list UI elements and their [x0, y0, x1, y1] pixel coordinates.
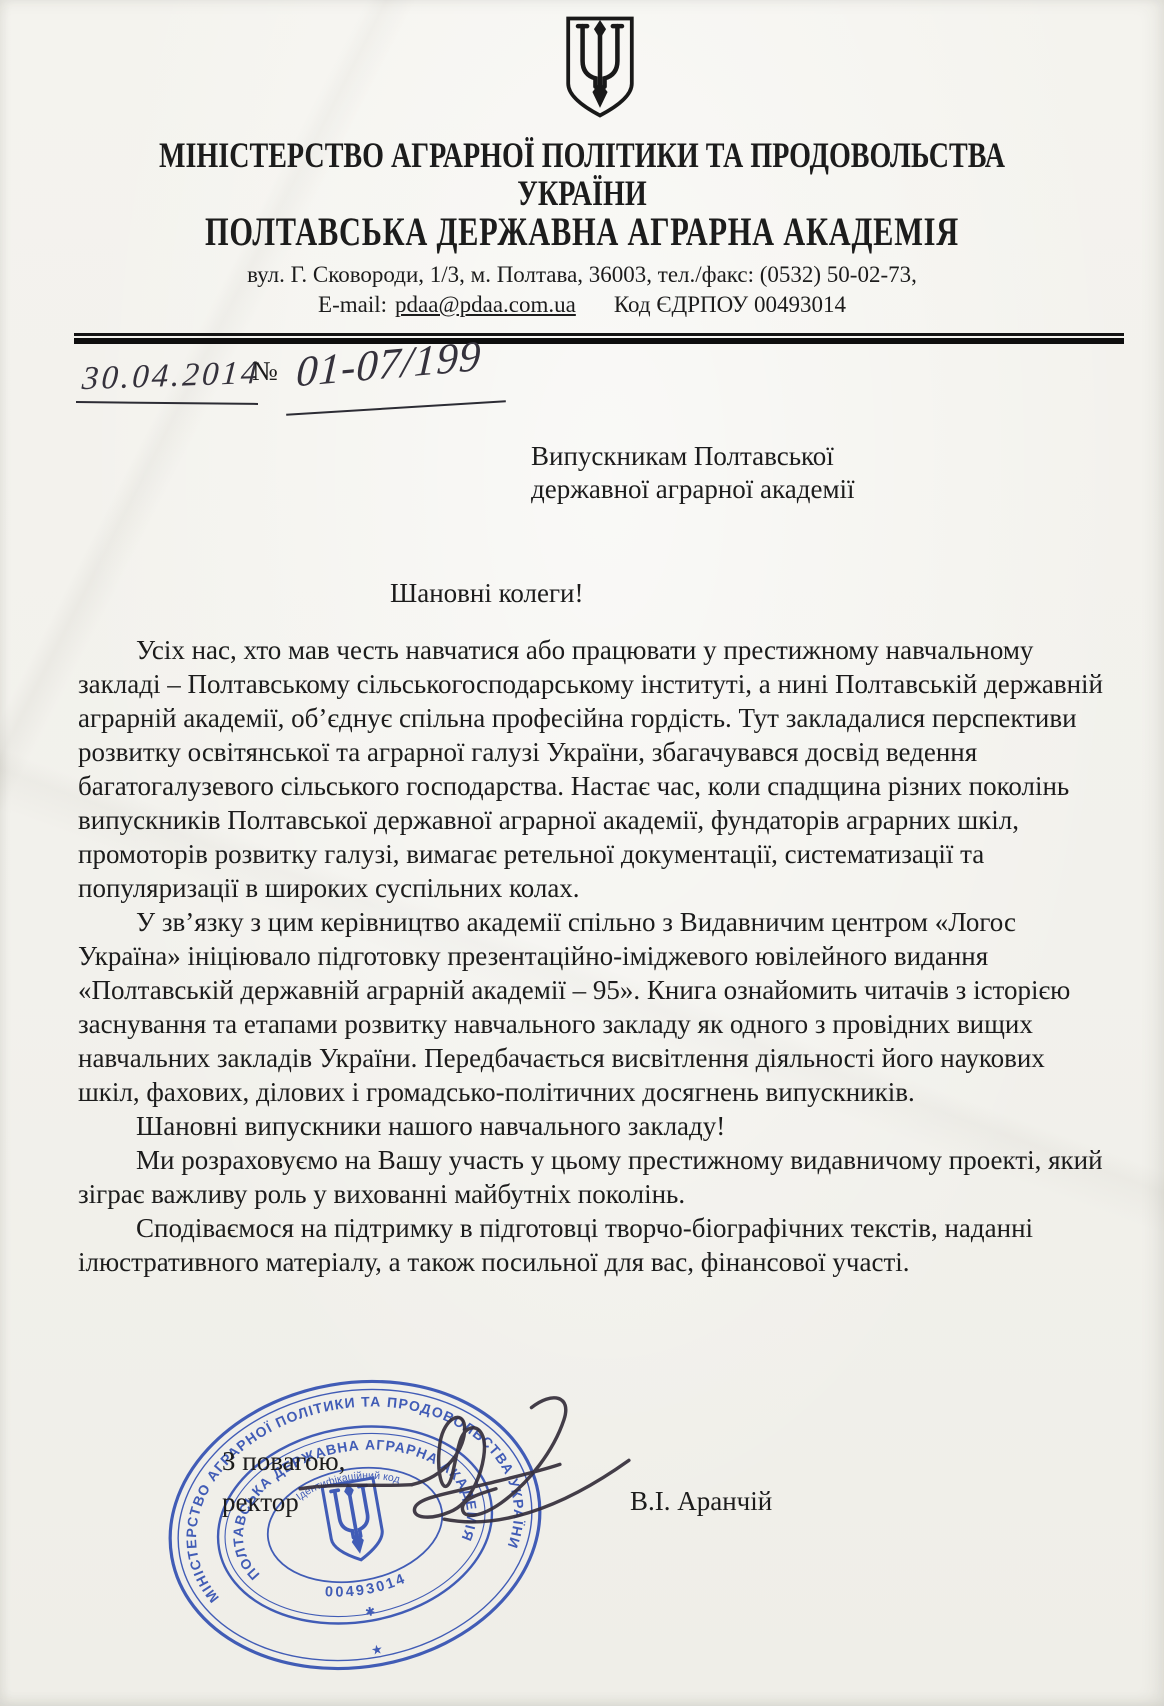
closing-title-rector: ректор: [222, 1487, 299, 1518]
date-ruled-line: [76, 401, 258, 405]
signer-name: В.І. Аранчій: [630, 1486, 772, 1517]
academy-name: ПОЛТАВСЬКА ДЕРЖАВНА АГРАРНА АКАДЕМІЯ: [140, 208, 1025, 255]
scanned-letter-page: МІНІСТЕРСТВО АГРАРНОЇ ПОЛІТИКИ ТА ПРОДОВ…: [0, 0, 1164, 1706]
contact-line: E-mail:pdaa@pdaa.com.uaКод ЄДРПОУ 004930…: [0, 292, 1164, 318]
paragraph-3: Шановні випускники нашого навчального за…: [78, 1109, 1110, 1143]
salutation: Шановні колеги!: [390, 578, 583, 609]
email-label: E-mail:: [318, 292, 387, 317]
divider-thin-line: [74, 333, 1124, 336]
stamp-star-bottom: ★: [370, 1641, 384, 1658]
stamp-id-number: 00493014: [322, 1570, 410, 1606]
paragraph-5: Сподіваємося на підтримку в підготовці т…: [78, 1211, 1110, 1279]
number-ruled-line: [286, 400, 506, 415]
paragraph-2: У зв’язку з цим керівництво академії спі…: [78, 905, 1110, 1109]
email-address: pdaa@pdaa.com.ua: [395, 292, 576, 317]
stamp-star-inner: ✱: [364, 1604, 376, 1620]
letter-body: Усіх нас, хто мав честь навчатися або пр…: [78, 633, 1110, 1279]
addressee-block: Випускникам Полтавської державної аграрн…: [531, 440, 855, 506]
rector-signature: [292, 1388, 637, 1553]
paragraph-4: Ми розраховуємо на Вашу участь у цьому п…: [78, 1143, 1110, 1211]
ministry-name-line1: МІНІСТЕРСТВО АГРАРНОЇ ПОЛІТИКИ ТА ПРОДОВ…: [128, 134, 1036, 176]
handwritten-date: 30.04.2014: [81, 355, 262, 398]
addressee-line1: Випускникам Полтавської: [531, 440, 855, 473]
number-sign: №: [252, 356, 278, 387]
header-divider: [74, 333, 1124, 344]
divider-thick-line: [74, 338, 1124, 344]
address-line: вул. Г. Сковороди, 1/3, м. Полтава, 3600…: [0, 262, 1164, 288]
addressee-line2: державної аграрної академії: [531, 473, 855, 506]
edrpou-code: Код ЄДРПОУ 00493014: [614, 292, 846, 317]
paragraph-1: Усіх нас, хто мав честь навчатися або пр…: [78, 633, 1110, 905]
ukraine-trident-emblem: [562, 14, 638, 120]
